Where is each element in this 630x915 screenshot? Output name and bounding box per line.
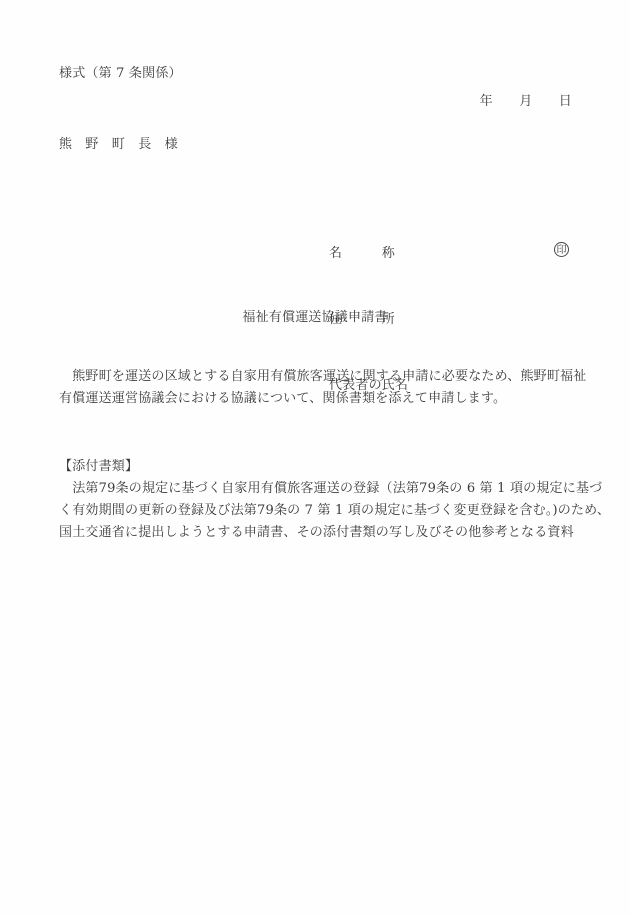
document-page: 様式（第 7 条関係） 年 月 日 熊 野 町 長 様 名 称 住 所 代表者の… xyxy=(0,0,630,915)
seal-icon: 印 xyxy=(554,242,569,257)
date-line: 年 月 日 xyxy=(60,91,572,113)
document-title: 福祉有償運送協議申請書 xyxy=(0,307,630,329)
attachments-body-paragraph: 法第79条の規定に基づく自家用有償旅客運送の登録（法第79条の 6 第 1 項の… xyxy=(59,478,610,544)
applicant-name-label: 名 称 xyxy=(329,243,408,265)
attachments-heading: 【添付書類】 xyxy=(59,456,138,478)
addressee-line: 熊 野 町 長 様 xyxy=(59,134,178,156)
form-number-label: 様式（第 7 条関係） xyxy=(59,63,182,85)
application-body-paragraph: 熊野町を運送の区域とする自家用有償旅客運送に関する申請に必要なため、熊野町福祉 … xyxy=(59,366,586,410)
